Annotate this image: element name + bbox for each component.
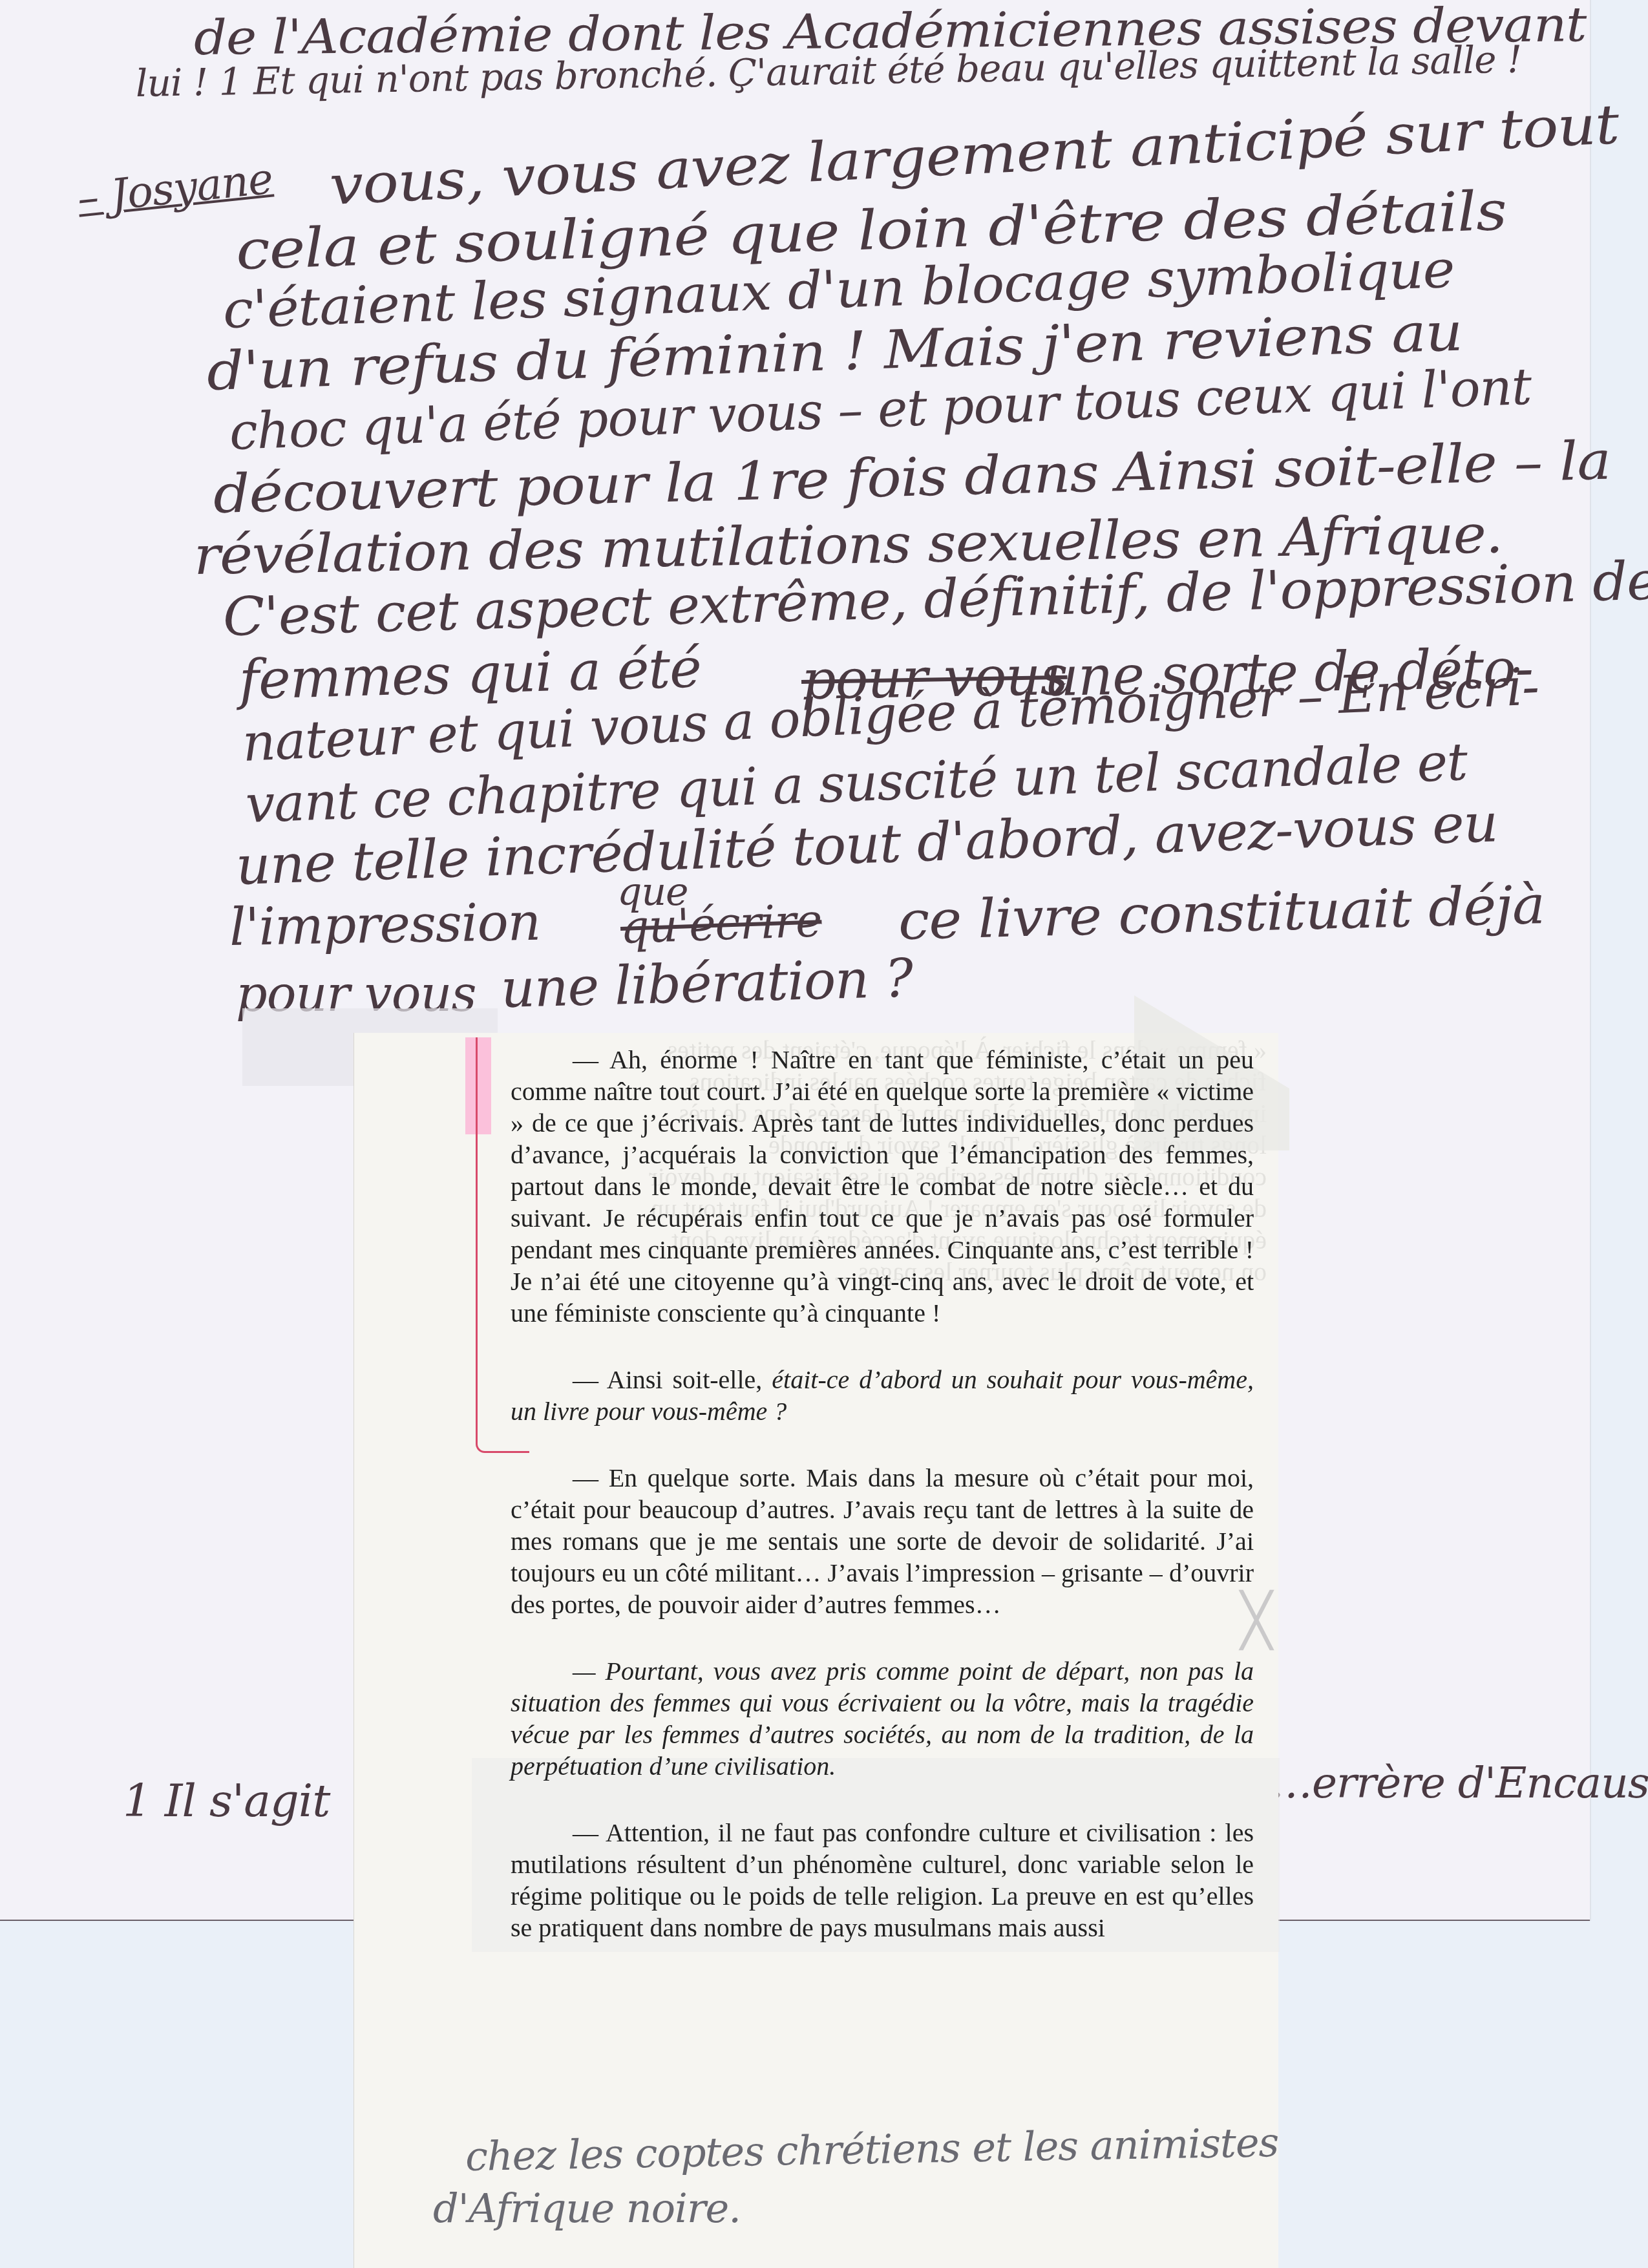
footnote-left: 1 Il s'agit — [123, 1774, 330, 1827]
clipping-paragraph: — En quelque sorte. Mais dans la mesure … — [511, 1462, 1254, 1620]
clipping-paragraph: — Attention, il ne faut pas confondre cu… — [511, 1817, 1254, 1944]
clipping-text: — Ah, énorme ! Naître en tant que fémini… — [511, 1044, 1254, 1944]
clipping-question: — Ainsi soit-elle, était-ce d’abord un s… — [511, 1364, 1254, 1427]
handwritten-continuation: d'Afrique noire. — [433, 2185, 741, 2232]
footnote-marker: 1 — [123, 1774, 151, 1827]
footnote-right: …errère d'Encausse. — [1270, 1758, 1648, 1808]
letter-line: ce livre constituait déjà — [898, 879, 1545, 948]
clipping-paragraph: — Ah, énorme ! Naître en tant que fémini… — [511, 1044, 1254, 1329]
clipping-question: — Pourtant, vous avez pris comme point d… — [511, 1655, 1254, 1782]
struck-word: qu'écrire — [620, 898, 823, 950]
letter-line: une libération ? — [500, 952, 913, 1016]
speaker-label: – Josyane — [76, 157, 275, 220]
letter-line: l'impression — [229, 896, 541, 953]
